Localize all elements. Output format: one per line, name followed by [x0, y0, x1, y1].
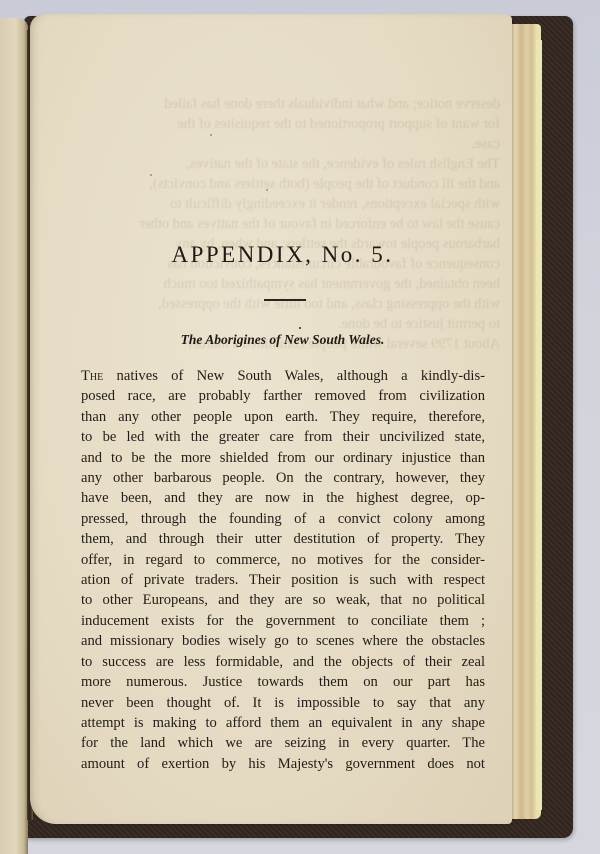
section-heading: The Aborigines of New South Wales.: [81, 332, 484, 348]
facing-left-page: [0, 18, 28, 854]
show-through-line: with the oppressing class, and too littl…: [70, 294, 500, 314]
reverse-side-show-through: deserve notice; and what individuals the…: [70, 94, 500, 354]
body-line-first: The natives of New South Wales, although…: [81, 366, 485, 386]
body-line: any other barbarous people. On the contr…: [81, 468, 485, 488]
body-line: to success are less formidable, and the …: [81, 652, 485, 672]
show-through-line: The English rules of evidence, the state…: [70, 154, 500, 174]
show-through-line: with special exceptions, render it excee…: [70, 194, 500, 214]
body-paragraph: The natives of New South Wales, although…: [81, 366, 485, 774]
show-through-line: for want of support proportioned to the …: [70, 114, 500, 134]
book-photo-scene: deserve notice; and what individuals the…: [0, 0, 600, 854]
body-line: more numerous. Justice towards them on o…: [81, 672, 485, 692]
show-through-line: been obtained, the government has sympat…: [70, 274, 500, 294]
body-line: pressed, through the founding of a convi…: [81, 509, 485, 529]
show-through-line: cause the law to be enforced in favour o…: [70, 214, 500, 234]
title-divider-rule: [264, 299, 306, 301]
body-line: and missionary bodies wisely go to scene…: [81, 631, 485, 651]
body-line: and to be the more shielded from our ord…: [81, 448, 485, 468]
show-through-line: and the ill conduct of the people (both …: [70, 174, 500, 194]
ink-dot: [299, 327, 301, 329]
lead-smallcaps: The: [81, 368, 103, 384]
endpaper-edge: [536, 40, 542, 810]
body-line: posed race, are probably farther removed…: [81, 386, 485, 406]
book-page: deserve notice; and what individuals the…: [30, 14, 512, 824]
paper-speck: [210, 134, 212, 136]
body-line: have been, and they are now in the highe…: [81, 488, 485, 508]
show-through-line: deserve notice; and what individuals the…: [70, 94, 500, 114]
body-line: to other Europeans, and they are so weak…: [81, 590, 485, 610]
appendix-title: APPENDIX, No. 5.: [81, 242, 484, 268]
show-through-line: to permit justice to be done.: [70, 314, 500, 334]
body-line: never been thought of. It is impossible …: [81, 693, 485, 713]
body-line: for the land which we are seizing in eve…: [81, 733, 485, 753]
body-line: them, and through their utter destitutio…: [81, 529, 485, 549]
show-through-line: case.: [70, 134, 500, 154]
paper-speck: [150, 174, 152, 176]
body-line: than any other people upon earth. They r…: [81, 407, 485, 427]
body-line: amount of exertion by his Majesty's gove…: [81, 754, 485, 774]
body-line: ation of private traders. Their position…: [81, 570, 485, 590]
body-line: to be led with the greater care from the…: [81, 427, 485, 447]
body-line: inducement exists for the government to …: [81, 611, 485, 631]
body-line: attempt is making to afford them an equi…: [81, 713, 485, 733]
body-line: offer, in regard to commerce, no motives…: [81, 550, 485, 570]
paper-speck: [266, 189, 268, 191]
